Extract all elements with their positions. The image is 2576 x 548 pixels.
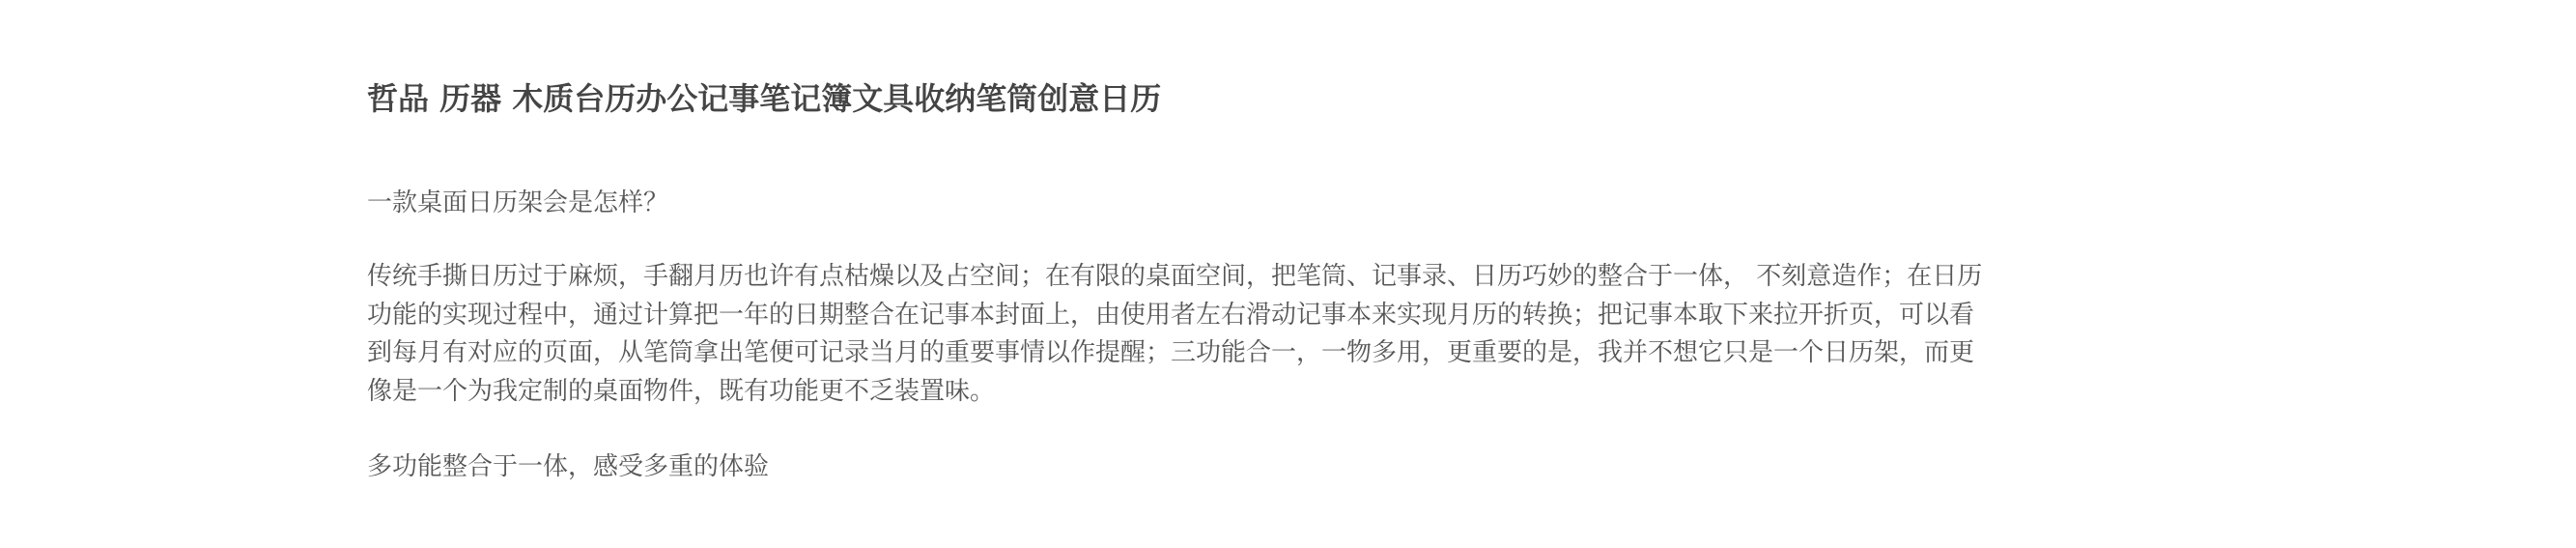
paragraph-line: 到每月有对应的页面，从笔筒拿出笔便可记录当月的重要事情以作提醒；三功能合一，一物… — [367, 334, 1982, 373]
paragraph-line: 传统手撕日历过于麻烦，手翻月历也许有点枯燥以及占空间；在有限的桌面空间，把笔筒、… — [367, 258, 1982, 297]
description-paragraph: 传统手撕日历过于麻烦，手翻月历也许有点枯燥以及占空间；在有限的桌面空间，把笔筒、… — [367, 258, 1982, 411]
product-title: 哲品 历器 木质台历办公记事笔记簿文具收纳笔筒创意日历 — [367, 77, 1161, 120]
paragraph-line: 像是一个为我定制的桌面物件，既有功能更不乏装置味。 — [367, 373, 1982, 412]
intro-question: 一款桌面日历架会是怎样？ — [367, 184, 668, 222]
section-heading: 多功能整合于一体，感受多重的体验 — [367, 447, 769, 486]
paragraph-line: 功能的实现过程中，通过计算把一年的日期整合在记事本封面上，由使用者左右滑动记事本… — [367, 297, 1982, 335]
